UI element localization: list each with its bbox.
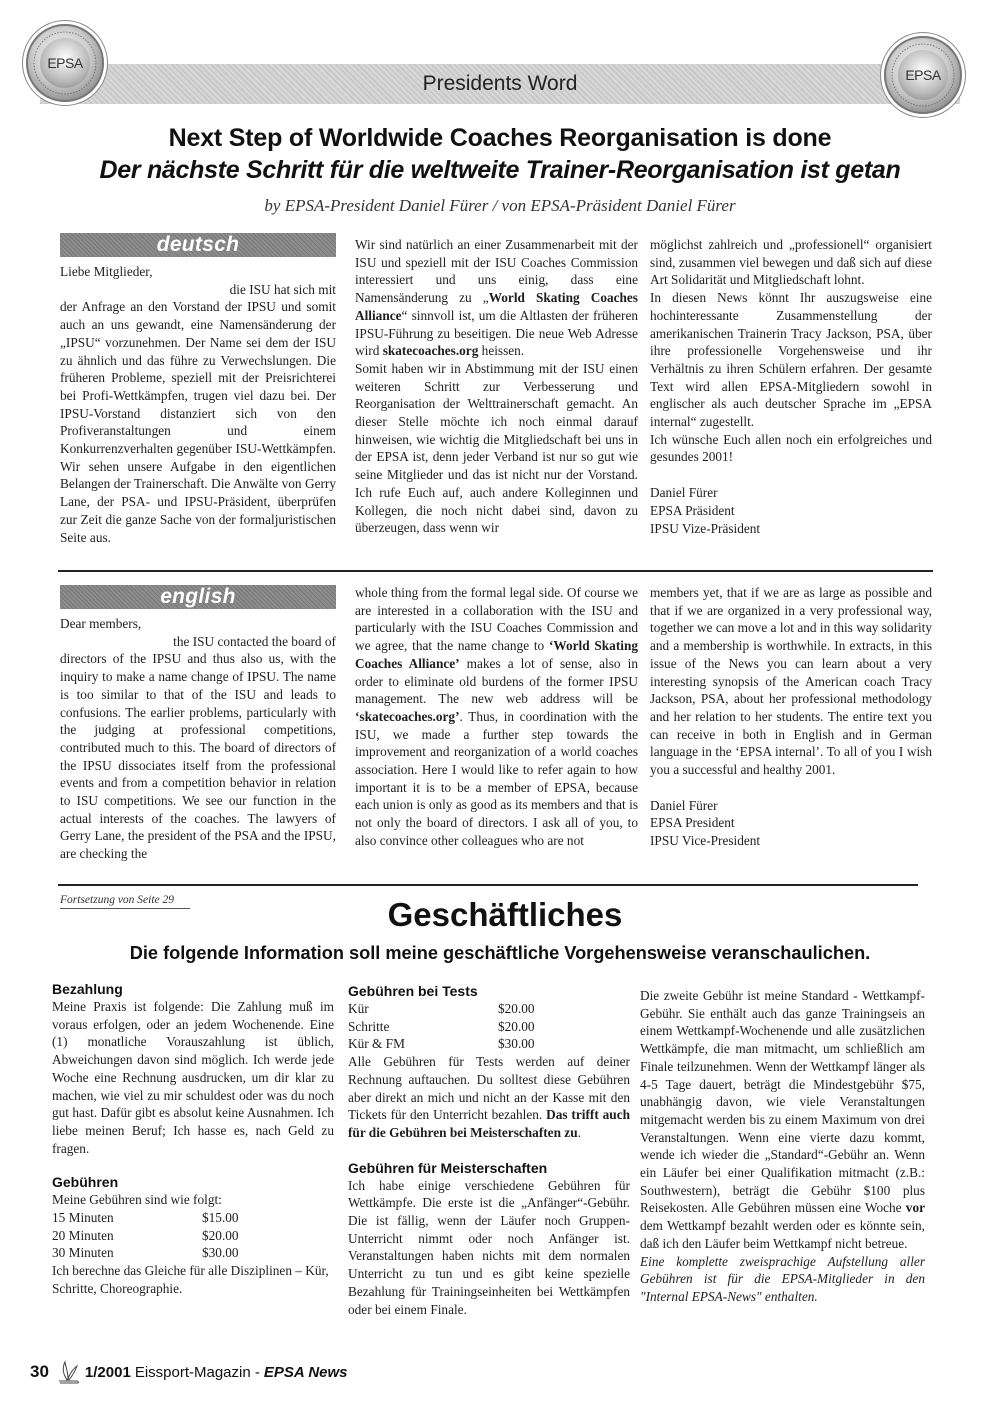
magazine-name: Eissport-Magazin -: [135, 1364, 260, 1381]
italic-note: Eine komplette zweisprachige Aufstellung…: [640, 1253, 925, 1306]
paragraph: Somit haben wir in Abstimmung mit der IS…: [355, 360, 638, 537]
signature-title: IPSU Vize-Präsident: [650, 520, 932, 538]
fee-label: 30 Minuten: [52, 1244, 202, 1262]
fee-label: Kür & FM: [348, 1035, 498, 1053]
text: Die zweite Gebühr ist meine Standard - W…: [640, 988, 925, 1215]
text: heissen.: [478, 343, 524, 358]
article-title-de: Der nächste Schritt für die weltweite Tr…: [0, 156, 1000, 185]
publication-name: EPSA News: [264, 1364, 348, 1381]
business-column-3: Die zweite Gebühr ist meine Standard - W…: [640, 987, 925, 1306]
text: .: [578, 1125, 581, 1140]
english-label-bar: english: [60, 585, 336, 609]
fee-label: Kür: [348, 1000, 498, 1018]
fee-row: 15 Minuten $15.00: [52, 1209, 334, 1227]
paragraph-start: die ISU hat sich mit: [60, 281, 336, 299]
business-column-2: Gebühren bei Tests Kür $20.00 Schritte $…: [348, 982, 630, 1318]
fee-label: 15 Minuten: [52, 1209, 202, 1227]
divider: [58, 884, 918, 886]
paragraph-start: the ISU contacted the board of: [60, 633, 336, 651]
payment-heading: Bezahlung: [52, 980, 334, 998]
deutsch-column-2: Wir sind natürlich an einer Zusammenarbe…: [355, 236, 638, 537]
fee-price: $20.00: [498, 1000, 535, 1018]
salutation: Liebe Mitglieder,: [60, 263, 336, 281]
paragraph: whole thing from the formal legal side. …: [355, 584, 638, 850]
paragraph: members yet, that if we are as large as …: [650, 584, 932, 779]
paragraph: directors of the IPSU and thus also us, …: [60, 650, 336, 862]
fees-heading: Gebühren: [52, 1173, 334, 1191]
fee-row: 20 Minuten $20.00: [52, 1227, 334, 1245]
web-address: ‘skatecoaches.org’: [355, 709, 460, 724]
web-address: skatecoaches.org: [383, 343, 479, 358]
paragraph: In diesen News könnt Ihr auszugsweise ei…: [650, 289, 932, 431]
fees-note: Ich berechne das Gleiche für alle Diszip…: [52, 1262, 334, 1297]
article-byline: by EPSA-President Daniel Fürer / von EPS…: [0, 196, 1000, 216]
fee-price: $30.00: [202, 1244, 239, 1262]
page-footer: 30 1/2001 Eissport-Magazin - EPSA News: [30, 1360, 348, 1384]
epsa-logo-left: EPSA: [26, 24, 104, 102]
business-column-1: Bezahlung Meine Praxis ist folgende: Die…: [52, 980, 334, 1298]
fee-row: Kür $20.00: [348, 1000, 630, 1018]
fee-row: Kür & FM $30.00: [348, 1035, 630, 1053]
paragraph: der Anfrage an den Vorstand der IPSU und…: [60, 298, 336, 546]
divider: [58, 570, 933, 572]
epsa-logo-right: EPSA: [884, 36, 962, 114]
paragraph: Wir sind natürlich an einer Zusammenarbe…: [355, 236, 638, 360]
skate-leaf-icon: [55, 1360, 81, 1384]
paragraph: möglichst zahlreich und „professionell“ …: [650, 236, 932, 289]
signature-name: Daniel Fürer: [650, 797, 932, 815]
standard-fee-text: Die zweite Gebühr ist meine Standard - W…: [640, 987, 925, 1253]
english-column-1: english Dear members, the ISU contacted …: [60, 585, 336, 863]
deutsch-label-bar: deutsch: [60, 233, 336, 257]
business-title: Geschäftliches: [0, 896, 1000, 934]
text: . Thus, in coordination with the ISU, we…: [355, 709, 638, 848]
fee-price: $20.00: [498, 1018, 535, 1036]
signature-title: EPSA Präsident: [650, 502, 932, 520]
signature-title: IPSU Vice-President: [650, 832, 932, 850]
article-title-en: Next Step of Worldwide Coaches Reorganis…: [0, 124, 1000, 153]
fee-row: Schritte $20.00: [348, 1018, 630, 1036]
text: dem Wettkampf bezahlt werden oder es kön…: [640, 1218, 925, 1251]
fees-intro: Meine Gebühren sind wie folgt:: [52, 1191, 334, 1209]
page-number: 30: [30, 1362, 49, 1382]
section-label: Presidents Word: [0, 72, 1000, 96]
signature-name: Daniel Fürer: [650, 484, 932, 502]
deutsch-column-3: möglichst zahlreich und „professionell“ …: [650, 236, 932, 537]
english-column-3: members yet, that if we are as large as …: [650, 584, 932, 850]
issue-number: 1/2001: [85, 1364, 131, 1381]
logo-text: EPSA: [40, 38, 90, 88]
test-fees-heading: Gebühren bei Tests: [348, 982, 630, 1000]
emphasis: vor: [906, 1200, 925, 1215]
payment-text: Meine Praxis ist folgende: Die Zahlung m…: [52, 998, 334, 1157]
english-column-2: whole thing from the formal legal side. …: [355, 584, 638, 850]
test-fees-text: Alle Gebühren für Tests werden auf deine…: [348, 1053, 630, 1142]
fee-price: $30.00: [498, 1035, 535, 1053]
logo-text: EPSA: [898, 50, 948, 100]
fee-price: $20.00: [202, 1227, 239, 1245]
paragraph: Ich wünsche Euch allen noch ein erfolgre…: [650, 431, 932, 466]
championship-fees-heading: Gebühren für Meisterschaften: [348, 1159, 630, 1177]
fee-label: Schritte: [348, 1018, 498, 1036]
fee-row: 30 Minuten $30.00: [52, 1244, 334, 1262]
deutsch-column-1: deutsch Liebe Mitglieder, die ISU hat si…: [60, 233, 336, 546]
fee-price: $15.00: [202, 1209, 239, 1227]
championship-fees-text: Ich habe einige verschiedene Gebühren fü…: [348, 1177, 630, 1319]
salutation: Dear members,: [60, 615, 336, 633]
fee-label: 20 Minuten: [52, 1227, 202, 1245]
business-subtitle: Die folgende Information soll meine gesc…: [60, 943, 940, 964]
signature-title: EPSA President: [650, 814, 932, 832]
